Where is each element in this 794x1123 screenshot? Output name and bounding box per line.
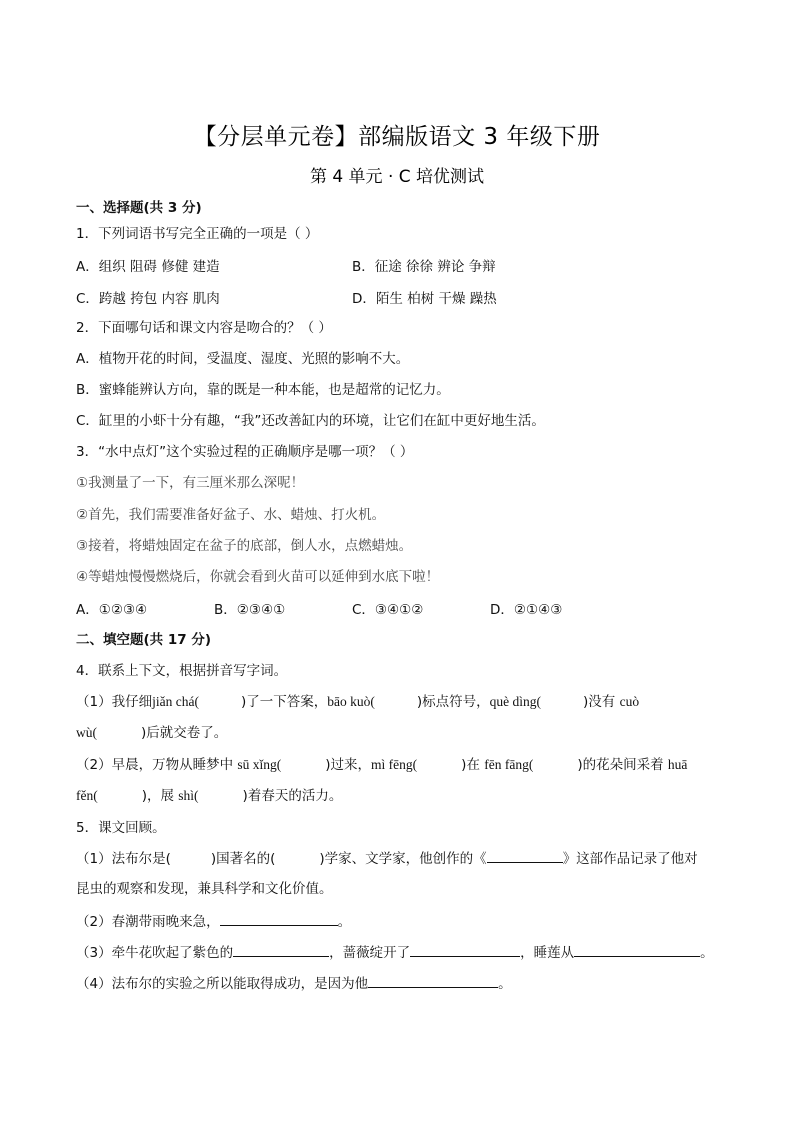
q1-option-d[interactable]: D．陌生 柏树 干燥 躁热: [352, 287, 497, 307]
q4-part-1-line-1: （1）我仔细jiǎn chá()了一下答案，bāo kuò()标点符号，què …: [76, 692, 639, 712]
page-subtitle: 第 4 单元 · C 培优测试: [0, 162, 794, 187]
q5-part-2: （2）春潮带雨晚来急，。: [76, 911, 351, 932]
q4-part-2-line-1: （2）早晨，万物从睡梦中 sū xǐng()过来，mì fēng()在 fēn …: [76, 755, 687, 775]
q2-option-a[interactable]: A．植物开花的时间，受温度、湿度、光照的影响不大。: [76, 349, 409, 369]
pinyin: cuò: [620, 694, 640, 709]
pinyin: sū xǐng(: [237, 757, 281, 772]
q3-step-3: ③接着，将蜡烛固定在盆子的底部，倒人水，点燃蜡烛。: [76, 536, 412, 556]
q5-part-1-line-2: 昆虫的观察和发现，兼具科学和文化价值。: [76, 879, 333, 899]
q2-option-c[interactable]: C．缸里的小虾十分有趣，“我”还改善缸内的环境，让它们在缸中更好地生活。: [76, 411, 545, 431]
q4-part-1-line-2: wù()后就交卷了。: [76, 723, 227, 743]
q3-option-d[interactable]: D．②①④③: [490, 598, 562, 618]
answer-blank-underline[interactable]: [487, 848, 563, 863]
question-3-stem: 3．“水中点灯”这个实验过程的正确顺序是哪一项？（ ）: [76, 442, 413, 462]
q5-part-1-line-1: （1）法布尔是()国著名的()学家、文学家，他创作的《》这部作品记录了他对: [76, 848, 698, 869]
section-heading-fill: 二、填空题(共 17 分): [76, 630, 211, 650]
question-2-stem: 2．下面哪句话和课文内容是吻合的？（ ）: [76, 318, 332, 338]
q4-part-2-line-2: fěn()，展 shì()着春天的活力。: [76, 786, 342, 806]
pinyin: fēn fāng(: [484, 757, 533, 772]
question-1-stem: 1．下列词语书写完全正确的一项是（ ）: [76, 224, 318, 244]
page-title: 【分层单元卷】部编版语文 3 年级下册: [0, 118, 794, 151]
worksheet-page: 【分层单元卷】部编版语文 3 年级下册 第 4 单元 · C 培优测试 一、选择…: [0, 0, 794, 1123]
answer-blank-underline[interactable]: [368, 973, 498, 988]
question-5-stem: 5．课文回顾。: [76, 818, 166, 838]
q1-option-b[interactable]: B．征途 徐徐 辨论 争辩: [352, 255, 496, 275]
q3-option-a[interactable]: A．①②③④: [76, 598, 147, 618]
pinyin: jiǎn chá(: [152, 694, 199, 709]
q5-part-3: （3）牵牛花吹起了紫色的，蔷薇绽开了，睡莲从。: [76, 942, 714, 963]
q3-step-1: ①我测量了一下，有三厘米那么深呢！: [76, 473, 304, 493]
q3-step-4: ④等蜡烛慢慢燃烧后，你就会看到火苗可以延伸到水底下啦！: [76, 567, 439, 587]
q2-option-b[interactable]: B．蜜蜂能辨认方向，靠的既是一种本能，也是超常的记忆力。: [76, 380, 450, 400]
pinyin: fěn(: [76, 788, 98, 803]
q1-option-c[interactable]: C．跨越 挎包 内容 肌肉: [76, 287, 220, 307]
answer-blank-underline[interactable]: [574, 942, 700, 957]
section-heading-choice: 一、选择题(共 3 分): [76, 198, 202, 218]
q3-step-2: ②首先，我们需要准备好盆子、水、蜡烛、打火机。: [76, 505, 385, 525]
question-4-stem: 4．联系上下文，根据拼音写字词。: [76, 661, 287, 681]
answer-blank-underline[interactable]: [410, 942, 520, 957]
pinyin: què dìng(: [490, 694, 541, 709]
q3-option-c[interactable]: C．③④①②: [352, 598, 423, 618]
answer-blank-underline[interactable]: [233, 942, 329, 957]
pinyin: mì fēng(: [371, 757, 417, 772]
q3-option-b[interactable]: B．②③④①: [214, 598, 285, 618]
pinyin: wù(: [76, 725, 97, 740]
pinyin: huā: [668, 757, 688, 772]
q5-part-4: （4）法布尔的实验之所以能取得成功，是因为他。: [76, 973, 512, 994]
answer-blank-underline[interactable]: [220, 911, 338, 926]
q1-option-a[interactable]: A．组织 阻碍 修健 建造: [76, 255, 220, 275]
pinyin: shì(: [178, 788, 198, 803]
pinyin: bāo kuò(: [327, 694, 375, 709]
